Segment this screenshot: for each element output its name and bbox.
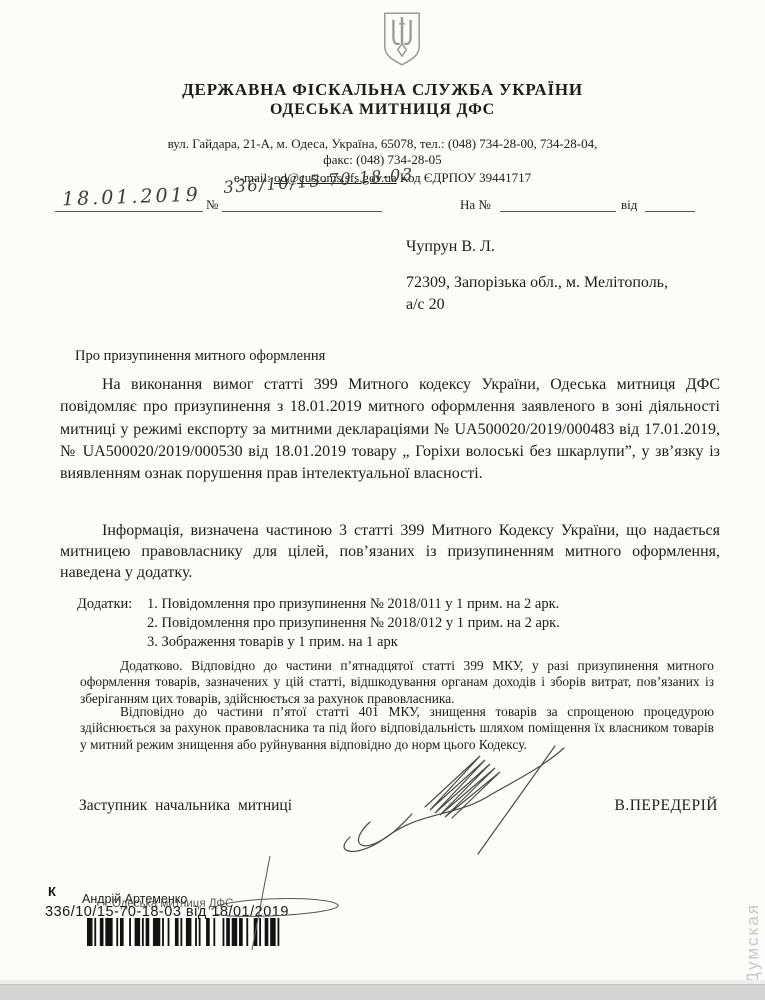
- recipient-address-line2: а/с 20: [406, 294, 668, 316]
- number-underline: [222, 211, 382, 212]
- recipient-address-line1: 72309, Запорізька обл., м. Мелітополь,: [406, 272, 668, 294]
- k-mark: К: [48, 884, 56, 899]
- attachment-item: 3. Зображення товарів у 1 прим. на 1 арк: [147, 633, 560, 652]
- recipient-name: Чупрун В. Л.: [406, 236, 668, 258]
- body-paragraph-2: Інформація, визначена частиною 3 статті …: [60, 520, 720, 583]
- recipient-block: Чупрун В. Л. 72309, Запорізька обл., м. …: [406, 236, 668, 316]
- site-watermark: Думская: [743, 903, 763, 984]
- edrpou-code: Код ЄДРПОУ 39441717: [397, 170, 531, 185]
- signer-position: Заступник начальника митниці: [79, 797, 292, 815]
- ukraine-trident-icon: [381, 12, 423, 66]
- org-name-line2: ОДЕСЬКА МИТНИЦЯ ДФС: [0, 101, 765, 119]
- reply-date-underline: [645, 211, 695, 212]
- handwritten-signature: [330, 742, 570, 862]
- reply-date-label: від: [621, 197, 637, 213]
- attachments-block: Додатки: 1. Повідомлення про призупиненн…: [77, 595, 560, 652]
- date-underline: [55, 211, 203, 212]
- attachment-item: 2. Повідомлення про призупинення № 2018/…: [147, 614, 560, 633]
- attachment-item: 1. Повідомлення про призупинення № 2018/…: [147, 595, 560, 614]
- reply-number-underline: [500, 211, 616, 212]
- reply-to-number-label: На №: [460, 197, 491, 213]
- org-name-line1: ДЕРЖАВНА ФІСКАЛЬНА СЛУЖБА УКРАЇНИ: [0, 80, 765, 100]
- scanned-letter-document: ДЕРЖАВНА ФІСКАЛЬНА СЛУЖБА УКРАЇНИ ОДЕСЬК…: [0, 0, 765, 1000]
- scan-edge-dark: [0, 984, 765, 1000]
- subject-line: Про призупинення митного оформлення: [75, 348, 325, 365]
- org-address-line2: факс: (048) 734-28-05: [0, 152, 765, 168]
- org-address-line1: вул. Гайдара, 21-А, м. Одеса, Україна, 6…: [0, 136, 765, 152]
- handwritten-date: 18.01.2019: [62, 184, 201, 211]
- body-paragraph-1: На виконання вимог статті 399 Митного ко…: [60, 374, 720, 485]
- attachments-label: Додатки:: [77, 595, 132, 614]
- note-paragraph-1: Додатково. Відповідно до частини п’ятнад…: [80, 658, 714, 707]
- pen-stroke-mark: [200, 850, 350, 960]
- signer-name: В.ПЕРЕДЕРІЙ: [615, 797, 718, 815]
- number-label: №: [206, 197, 218, 213]
